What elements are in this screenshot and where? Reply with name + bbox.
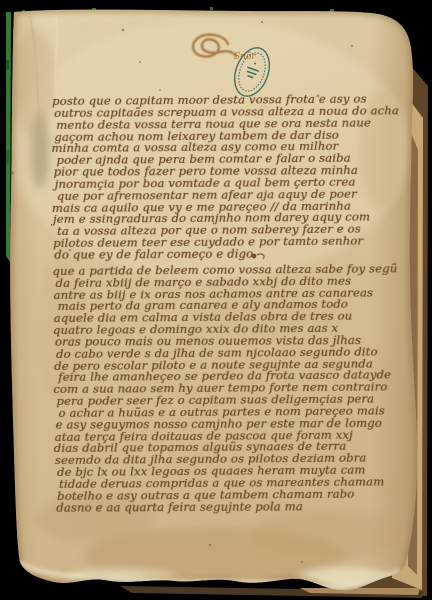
manuscript-line: ta a vossa alteza por que o nom saberey …	[57, 224, 405, 239]
manuscript-photo: Snõr illegible oval ink stamp posto que …	[0, 0, 432, 600]
manuscript-line: mais ca aquilo que vy e me pareçeo // da…	[52, 200, 400, 215]
manuscript-line: dasno e aa quarta feira segujnte pola ma	[56, 500, 404, 514]
manuscript-line: e asy seguymos nosso camjnho per este ma…	[56, 417, 404, 431]
manuscript-text: posto que o capitam moor desta vossa fro…	[52, 93, 403, 514]
manuscript-line: do que ey de falar começo e digo	[54, 248, 402, 262]
manuscript-line: do cabo verde s da jlha de sam njcolaao …	[56, 346, 404, 361]
manuscript-line: da feira xbiij de março e sabado xxbj do…	[55, 275, 403, 290]
